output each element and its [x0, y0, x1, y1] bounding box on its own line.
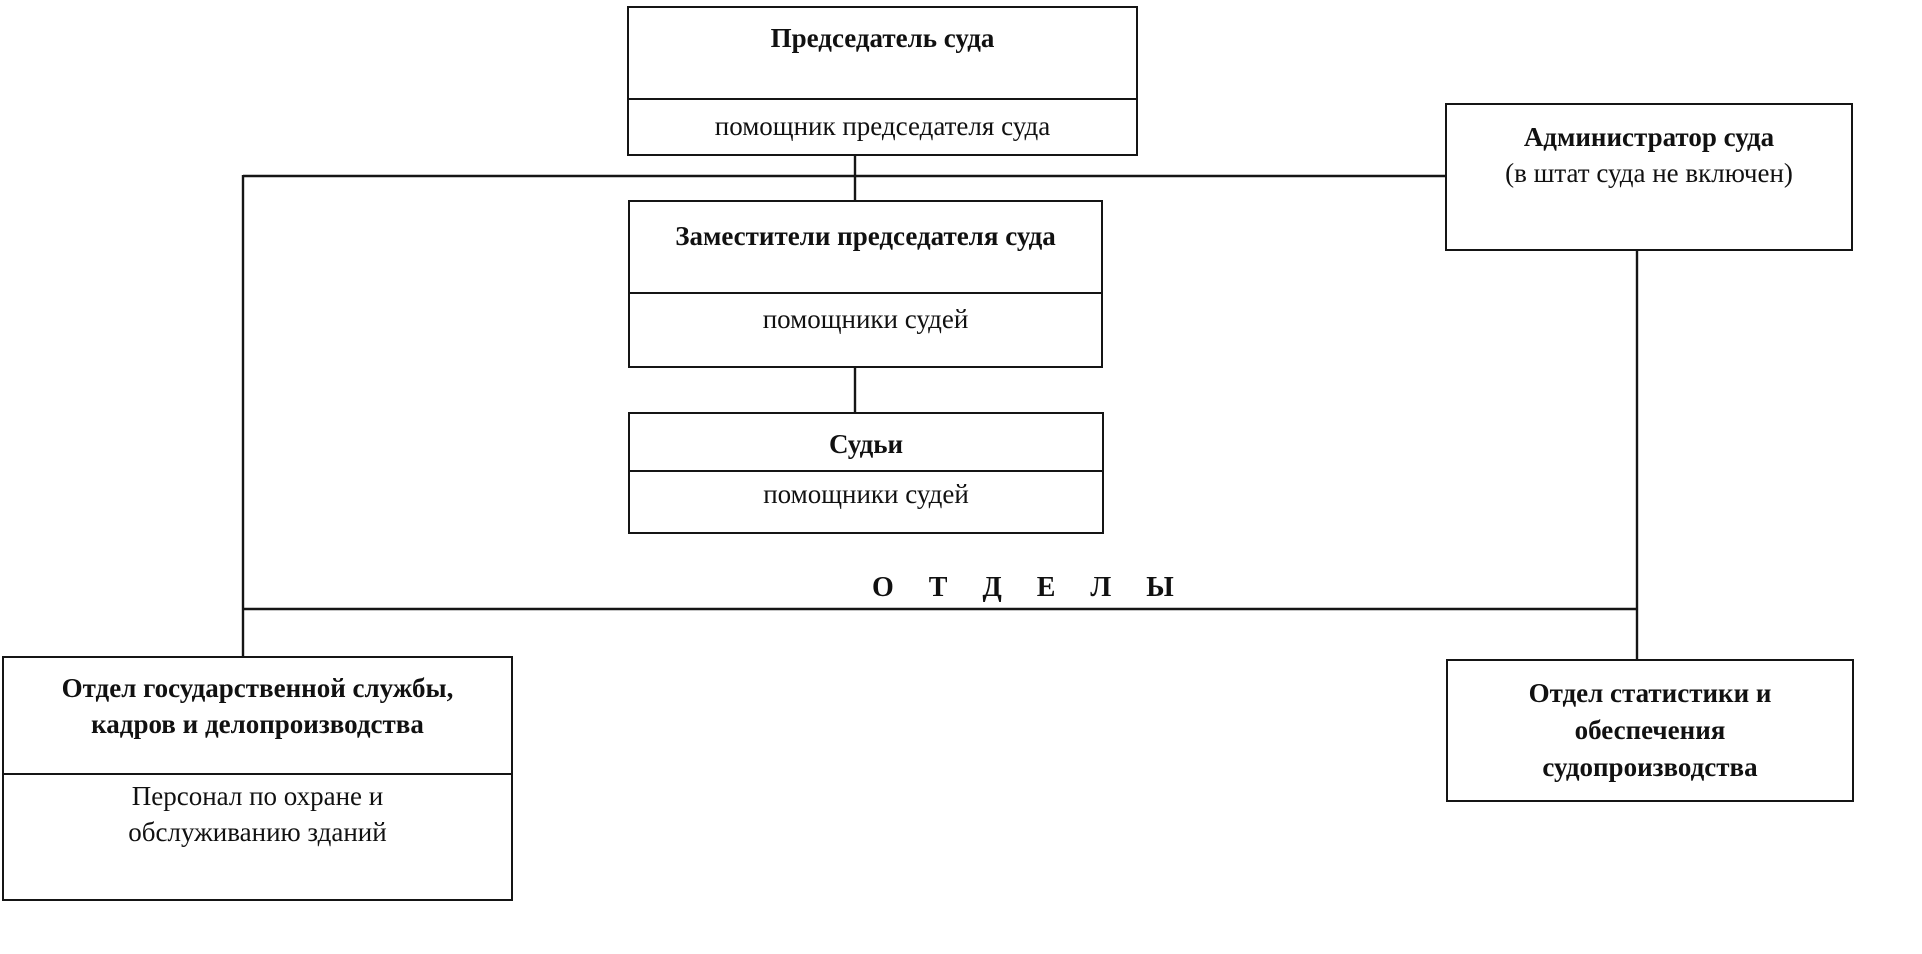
dept-civil-service-title-2: кадров и делопроизводства [4, 706, 511, 742]
administrator-note: (в штат суда не включен) [1447, 155, 1851, 191]
dept-statistics-title-2: обеспечения [1448, 712, 1852, 748]
dept-statistics-title-1: Отдел статистики и [1448, 675, 1852, 711]
administrator-title: Администратор суда [1447, 119, 1851, 155]
dept-civil-service-sub-1: Персонал по охране и [4, 778, 511, 814]
dept-statistics-title-3: судопроизводства [1448, 749, 1852, 785]
chairman-title: Председатель суда [629, 16, 1136, 60]
deputies-assistants: помощники судей [630, 295, 1101, 343]
departments-label: О Т Д Е Л Ы [872, 572, 1188, 604]
deputies-divider [630, 292, 1101, 294]
dept-civil-service-sub-2: обслуживанию зданий [4, 814, 511, 850]
dept-civil-service-title-1: Отдел государственной службы, [4, 670, 511, 706]
judges-assistants: помощники судей [630, 472, 1102, 516]
dept-civil-service-divider [4, 773, 511, 775]
node-deputies: Заместители председателя суда помощники … [628, 200, 1103, 368]
chairman-assistant: помощник председателя суда [629, 100, 1136, 152]
node-chairman: Председатель суда помощник председателя … [627, 6, 1138, 156]
judges-title: Судьи [630, 422, 1102, 466]
node-dept-statistics: Отдел статистики и обеспечения судопроиз… [1446, 659, 1854, 802]
node-judges: Судьи помощники судей [628, 412, 1104, 534]
deputies-title: Заместители председателя суда [630, 212, 1101, 260]
node-dept-civil-service: Отдел государственной службы, кадров и д… [2, 656, 513, 901]
node-administrator: Администратор суда (в штат суда не включ… [1445, 103, 1853, 251]
